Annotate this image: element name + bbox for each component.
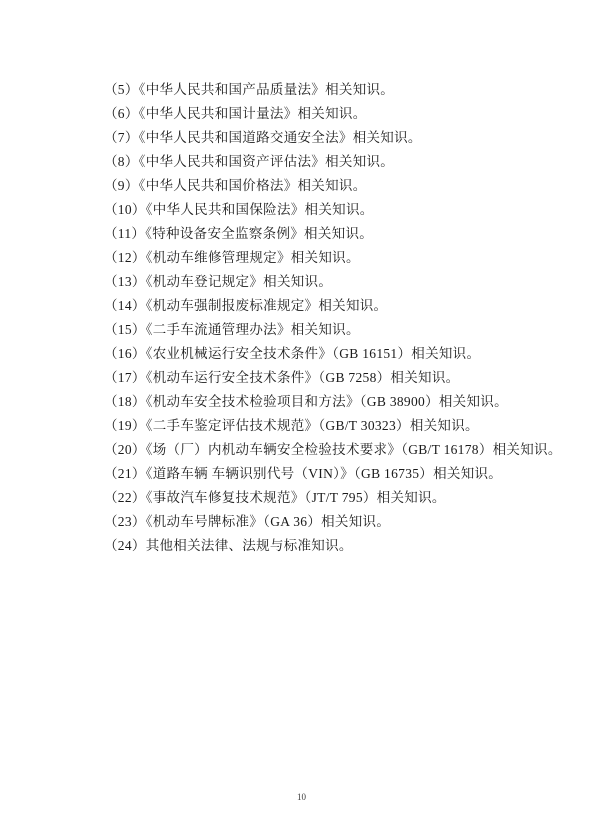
list-item: （10）《中华人民共和国保险法》相关知识。 (104, 198, 563, 222)
document-page: （5）《中华人民共和国产品质量法》相关知识。（6）《中华人民共和国计量法》相关知… (0, 0, 603, 839)
page-footer: 10 (0, 787, 603, 805)
page-number: 10 (297, 792, 306, 802)
list-item: （11）《特种设备安全监察条例》相关知识。 (104, 222, 563, 246)
list-item: （9）《中华人民共和国价格法》相关知识。 (104, 174, 563, 198)
list-item: （20）《场（厂）内机动车辆安全检验技术要求》（GB/T 16178）相关知识。 (104, 438, 563, 462)
list-item: （7）《中华人民共和国道路交通安全法》相关知识。 (104, 126, 563, 150)
list-item: （12）《机动车维修管理规定》相关知识。 (104, 246, 563, 270)
list-item: （5）《中华人民共和国产品质量法》相关知识。 (104, 78, 563, 102)
list-item: （16）《农业机械运行安全技术条件》（GB 16151）相关知识。 (104, 342, 563, 366)
list-item: （13）《机动车登记规定》相关知识。 (104, 270, 563, 294)
list-item: （19）《二手车鉴定评估技术规范》（GB/T 30323）相关知识。 (104, 414, 563, 438)
list-item: （6）《中华人民共和国计量法》相关知识。 (104, 102, 563, 126)
list-item: （24）其他相关法律、法规与标准知识。 (104, 534, 563, 558)
list-item: （14）《机动车强制报废标准规定》相关知识。 (104, 294, 563, 318)
list-item: （8）《中华人民共和国资产评估法》相关知识。 (104, 150, 563, 174)
list-item: （18）《机动车安全技术检验项目和方法》（GB 38900）相关知识。 (104, 390, 563, 414)
list-item: （23）《机动车号牌标准》（GA 36）相关知识。 (104, 510, 563, 534)
list-item: （22）《事故汽车修复技术规范》（JT/T 795）相关知识。 (104, 486, 563, 510)
list-item: （17）《机动车运行安全技术条件》（GB 7258）相关知识。 (104, 366, 563, 390)
law-list: （5）《中华人民共和国产品质量法》相关知识。（6）《中华人民共和国计量法》相关知… (104, 78, 563, 558)
list-item: （21）《道路车辆 车辆识别代号（VIN）》（GB 16735）相关知识。 (104, 462, 563, 486)
list-item: （15）《二手车流通管理办法》相关知识。 (104, 318, 563, 342)
